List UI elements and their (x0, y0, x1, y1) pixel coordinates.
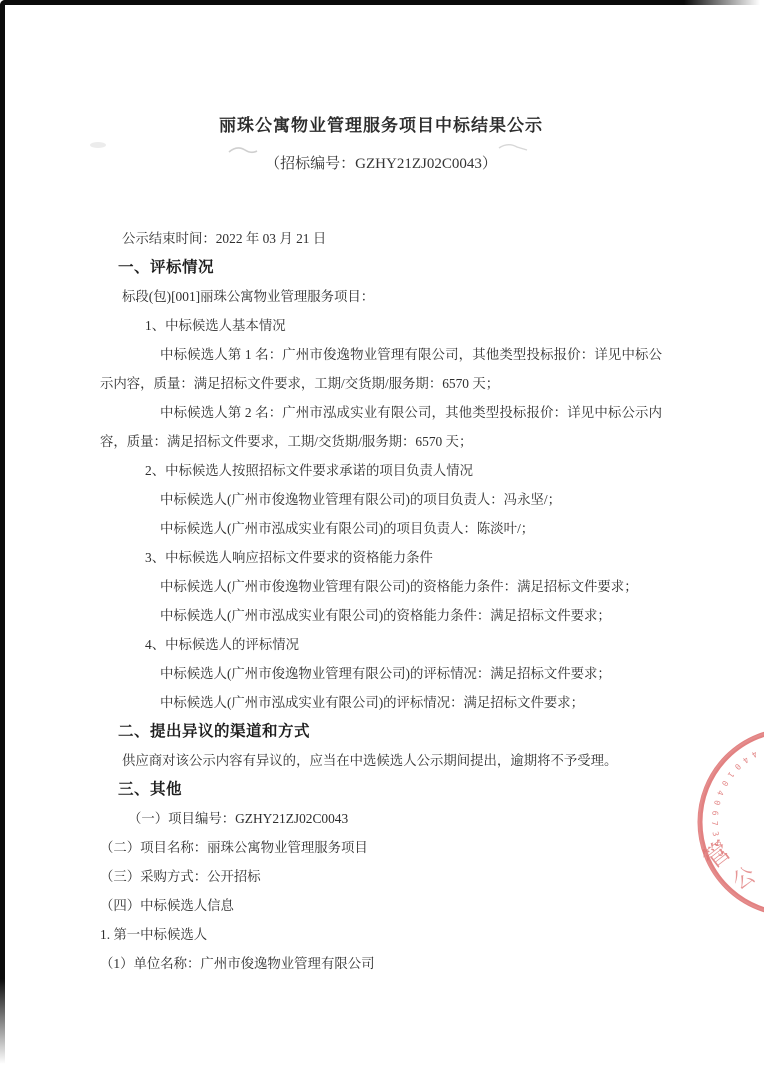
unit-name-line: （1）单位名称：广州市俊逸物业管理有限公司 (100, 949, 662, 978)
candidate-2-basic-info: 中标候选人第 2 名：广州市泓成实业有限公司，其他类型投标报价：详见中标公示内容… (100, 398, 662, 456)
section-1-heading: 一、评标情况 (118, 253, 662, 282)
section-2-heading: 二、提出异议的渠道和方式 (118, 717, 662, 746)
first-candidate-line: 1. 第一中标候选人 (100, 920, 662, 949)
item-2-heading: 2、中标候选人按照招标文件要求承诺的项目负责人情况 (145, 456, 662, 485)
item-3-heading: 3、中标候选人响应招标文件要求的资格能力条件 (145, 543, 662, 572)
project-name-line: （二）项目名称：丽珠公寓物业管理服务项目 (100, 833, 662, 862)
candidate-info-line: （四）中标候选人信息 (100, 891, 662, 920)
item-1-heading: 1、中标候选人基本情况 (145, 311, 662, 340)
candidate-2-evaluation: 中标候选人(广州市泓成实业有限公司)的评标情况：满足招标文件要求； (100, 688, 662, 717)
candidate-1-qualification: 中标候选人(广州市俊逸物业管理有限公司)的资格能力条件：满足招标文件要求； (100, 572, 662, 601)
candidate-2-project-leader: 中标候选人(广州市泓成实业有限公司)的项目负责人：陈淡叶/； (100, 514, 662, 543)
document-page: 丽珠公寓物业管理服务项目中标结果公示 （招标编号：GZHY21ZJ02C0043… (0, 0, 764, 1080)
project-number-line: （一）项目编号：GZHY21ZJ02C0043 (128, 804, 662, 833)
candidate-1-project-leader: 中标候选人(广州市俊逸物业管理有限公司)的项目负责人：冯永坚/； (100, 485, 662, 514)
candidate-2-qualification: 中标候选人(广州市泓成实业有限公司)的资格能力条件：满足招标文件要求； (100, 601, 662, 630)
candidate-1-evaluation: 中标候选人(广州市俊逸物业管理有限公司)的评标情况：满足招标文件要求； (100, 659, 662, 688)
item-4-heading: 4、中标候选人的评标情况 (145, 630, 662, 659)
section-3-heading: 三、其他 (118, 775, 662, 804)
lot-line: 标段(包)[001]丽珠公寓物业管理服务项目： (122, 282, 662, 311)
procurement-method-line: （三）采购方式：公开招标 (100, 862, 662, 891)
red-seal-stamp: 440104067395 管 公 (664, 718, 764, 923)
document-title: 丽珠公寓物业管理服务项目中标结果公示 (100, 112, 662, 140)
tender-number: （招标编号：GZHY21ZJ02C0043） (100, 150, 662, 178)
scanned-document: { "document": { "title": "丽珠公寓物业管理服务项目中标… (0, 0, 764, 1080)
candidate-1-basic-info: 中标候选人第 1 名：广州市俊逸物业管理有限公司，其他类型投标报价：详见中标公示… (100, 340, 662, 398)
objection-text: 供应商对该公示内容有异议的，应当在中选候选人公示期间提出，逾期将不予受理。 (122, 746, 662, 775)
publicity-end-line: 公示结束时间：2022 年 03 月 21 日 (122, 224, 662, 253)
